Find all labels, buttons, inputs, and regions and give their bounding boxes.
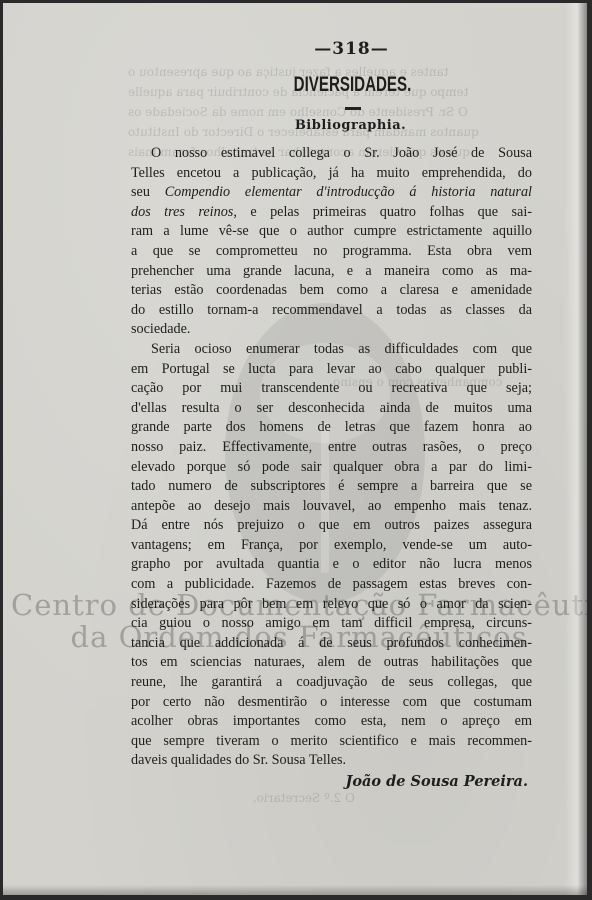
article-body: O nosso estimavel collega o Sr. João Jos… bbox=[131, 144, 532, 771]
text-line: dos tres reinos, e pelas primeiras quatr… bbox=[131, 203, 532, 223]
text-line: por certo não desmentirão o interesse co… bbox=[131, 693, 532, 713]
author-signature: João de Sousa Pereira. bbox=[131, 773, 532, 790]
text-line: nosso paiz. Effectivamente, entre outras… bbox=[131, 438, 532, 458]
paragraph-2: Seria ocioso enumerar todas as difficuld… bbox=[131, 340, 532, 771]
text-line: sociedade. bbox=[131, 320, 532, 340]
article: —318— DIVERSIDADES. Bibliographia. O nos… bbox=[131, 39, 532, 790]
text-line: que sempre tiveram o merito scientifico … bbox=[131, 732, 532, 752]
section-title: DIVERSIDADES. bbox=[223, 73, 481, 99]
show-through-text: O 2.º Secretario. bbox=[253, 791, 355, 805]
text-line: em Portugal se lucta para levar ao cabo … bbox=[131, 360, 532, 380]
text-line: reune, lhe garantirá a coadjuvação de se… bbox=[131, 673, 532, 693]
text-line: elevado porque só pode sair qualquer obr… bbox=[131, 458, 532, 478]
text-line: Dá entre nós prejuizo o que em outros pa… bbox=[131, 516, 532, 536]
page-bottom-shadow bbox=[3, 885, 587, 895]
text-line: terias estão coordenadas bem como a clar… bbox=[131, 281, 532, 301]
text-line: tado numero de subscriptores é sempre a … bbox=[131, 477, 532, 497]
text-line: cação por mui transcendente ou recreativ… bbox=[131, 379, 532, 399]
text-line: tos em sciencias naturaes, alem de outra… bbox=[131, 653, 532, 673]
text-line: a que se comprometteu no programma. Esta… bbox=[131, 242, 532, 262]
title-rule bbox=[345, 107, 361, 110]
text-line: com a publicidade. Fazemos de passagem e… bbox=[131, 575, 532, 595]
text-line: grapho por avultada quantia e o editor n… bbox=[131, 555, 532, 575]
text-line: grande parte dos homens de letras que fa… bbox=[131, 418, 532, 438]
text-line: d'ellas resulta o ser desconhecida ainda… bbox=[131, 399, 532, 419]
text-line: seu Compendio elementar d'introducção á … bbox=[131, 183, 532, 203]
text-line: cia guiou o nosso amigo em tam difficil … bbox=[131, 614, 532, 634]
text-line: acolher obras importantes como esta, nem… bbox=[131, 712, 532, 732]
page-number: —318— bbox=[171, 39, 532, 61]
document-page: tantes e aquelles a fazer justiça ao que… bbox=[3, 3, 587, 895]
paragraph-1: O nosso estimavel collega o Sr. João Jos… bbox=[131, 144, 532, 340]
text-line: ram a lume vê-se que o author cumpre est… bbox=[131, 222, 532, 242]
text-line: prehencher uma grande lacuna, e a maneir… bbox=[131, 262, 532, 282]
text-line: vantagens; em França, por exemplo, vende… bbox=[131, 536, 532, 556]
text-line: Telles encetou a publicação, já ha muito… bbox=[131, 164, 532, 184]
text-line: do estillo tornam-a recommendavel a toda… bbox=[131, 301, 532, 321]
subtitle: Bibliographia. bbox=[169, 118, 532, 136]
text-line: O nosso estimavel collega o Sr. João Jos… bbox=[131, 144, 532, 164]
text-line: daveis qualidades do Sr. Sousa Telles. bbox=[131, 751, 532, 771]
page-edge-shading bbox=[565, 3, 587, 895]
text-line: antepõe ao desejo mais louvavel, ao empe… bbox=[131, 497, 532, 517]
text-line: siderações para pôr bem em relevo que só… bbox=[131, 595, 532, 615]
text-line: tancia que addicionada á de seus profund… bbox=[131, 634, 532, 654]
text-line: Seria ocioso enumerar todas as difficuld… bbox=[131, 340, 532, 360]
